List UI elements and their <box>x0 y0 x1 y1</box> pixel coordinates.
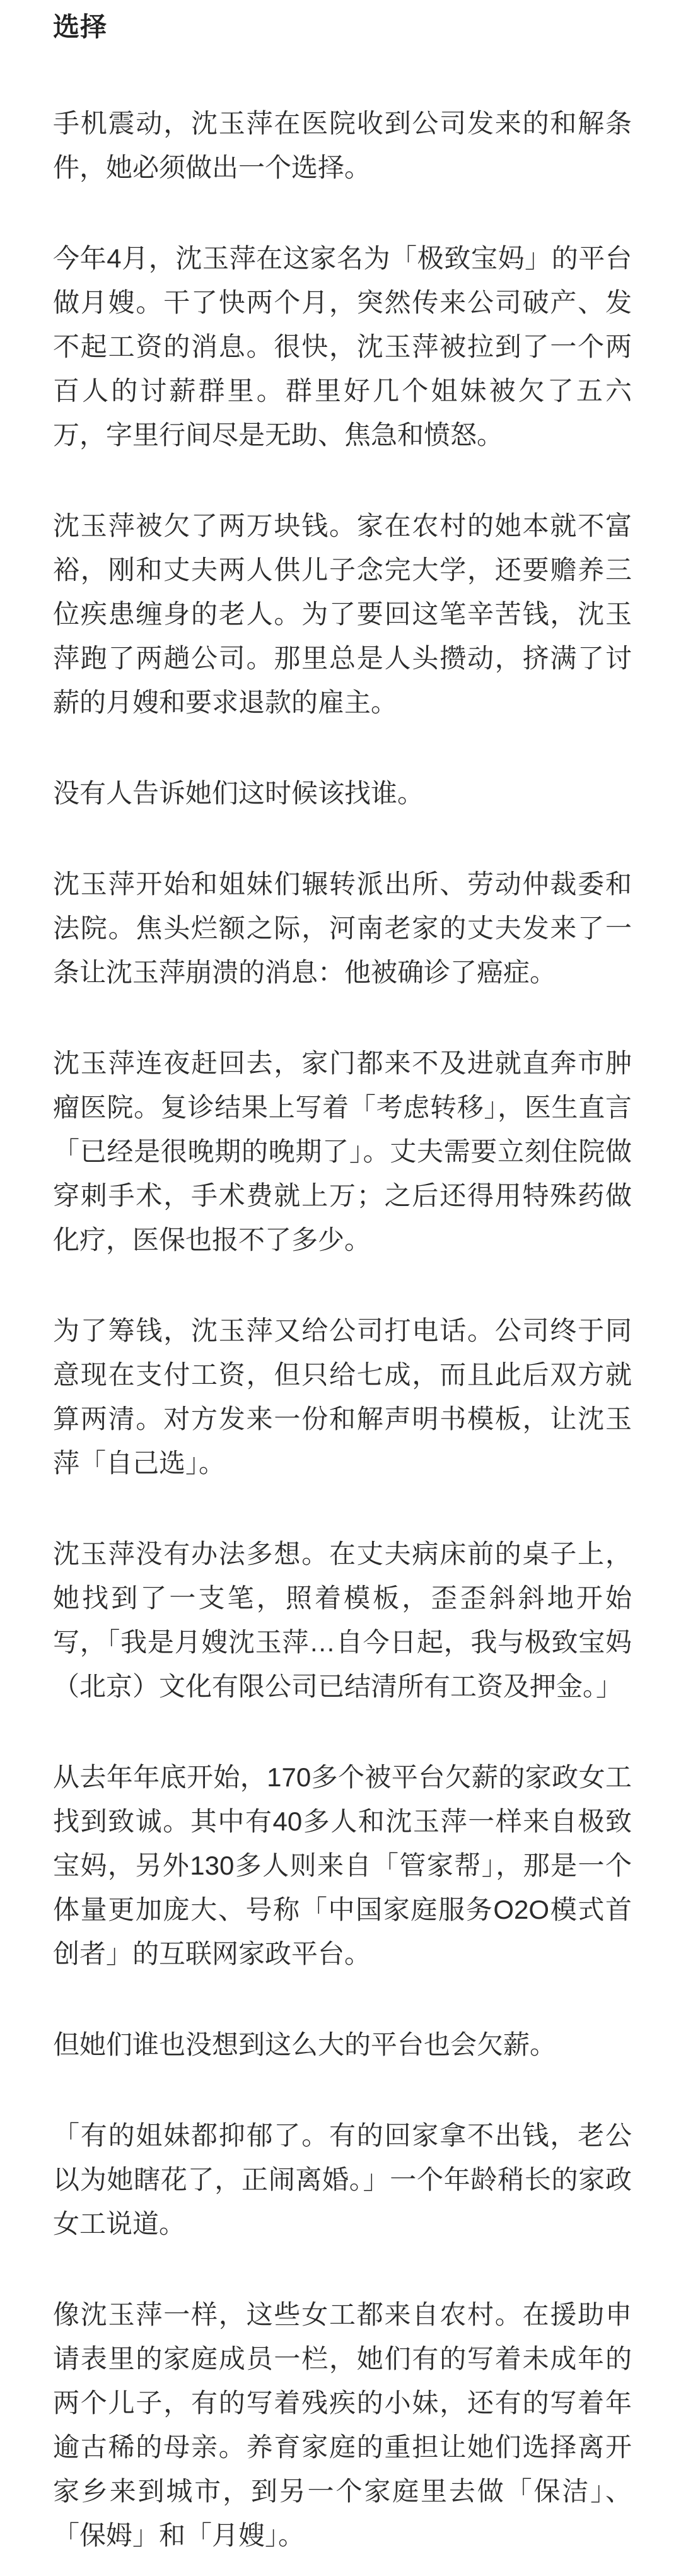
paragraph: 手机震动，沈玉萍在医院收到公司发来的和解条件，她必须做出一个选择。 <box>53 102 632 190</box>
paragraph: 今年4月，沈玉萍在这家名为「极致宝妈」的平台做月嫂。干了快两个月，突然传来公司破… <box>53 237 632 457</box>
article-body: 选择 手机震动，沈玉萍在医院收到公司发来的和解条件，她必须做出一个选择。 今年4… <box>0 9 681 2574</box>
paragraph: 沈玉萍被欠了两万块钱。家在农村的她本就不富裕，刚和丈夫两人供儿子念完大学，还要赡… <box>53 504 632 725</box>
paragraph: 从去年年底开始，170多个被平台欠薪的家政女工找到致诚。其中有40多人和沈玉萍一… <box>53 1755 632 1976</box>
paragraph: 但她们谁也没想到这么大的平台也会欠薪。 <box>53 2023 632 2067</box>
paragraph: 没有人告诉她们这时候该找谁。 <box>53 771 632 816</box>
paragraph: 像沈玉萍一样，这些女工都来自农村。在援助申请表里的家庭成员一栏，她们有的写着未成… <box>53 2293 632 2558</box>
paragraph: 「有的姐妹都抑郁了。有的回家拿不出钱，老公以为她瞎花了，正闹离婚。」一个年龄稍长… <box>53 2114 632 2246</box>
paragraph: 沈玉萍连夜赶回去，家门都来不及进就直奔市肿瘤医院。复诊结果上写着「考虑转移」，医… <box>53 1041 632 1262</box>
paragraph: 为了筹钱，沈玉萍又给公司打电话。公司终于同意现在支付工资，但只给七成，而且此后双… <box>53 1309 632 1485</box>
article-title: 选择 <box>53 9 632 45</box>
paragraph: 沈玉萍开始和姐妹们辗转派出所、劳动仲裁委和法院。焦头烂额之际，河南老家的丈夫发来… <box>53 862 632 995</box>
paragraph: 沈玉萍没有办法多想。在丈夫病床前的桌子上，她找到了一支笔，照着模板，歪歪斜斜地开… <box>53 1532 632 1709</box>
